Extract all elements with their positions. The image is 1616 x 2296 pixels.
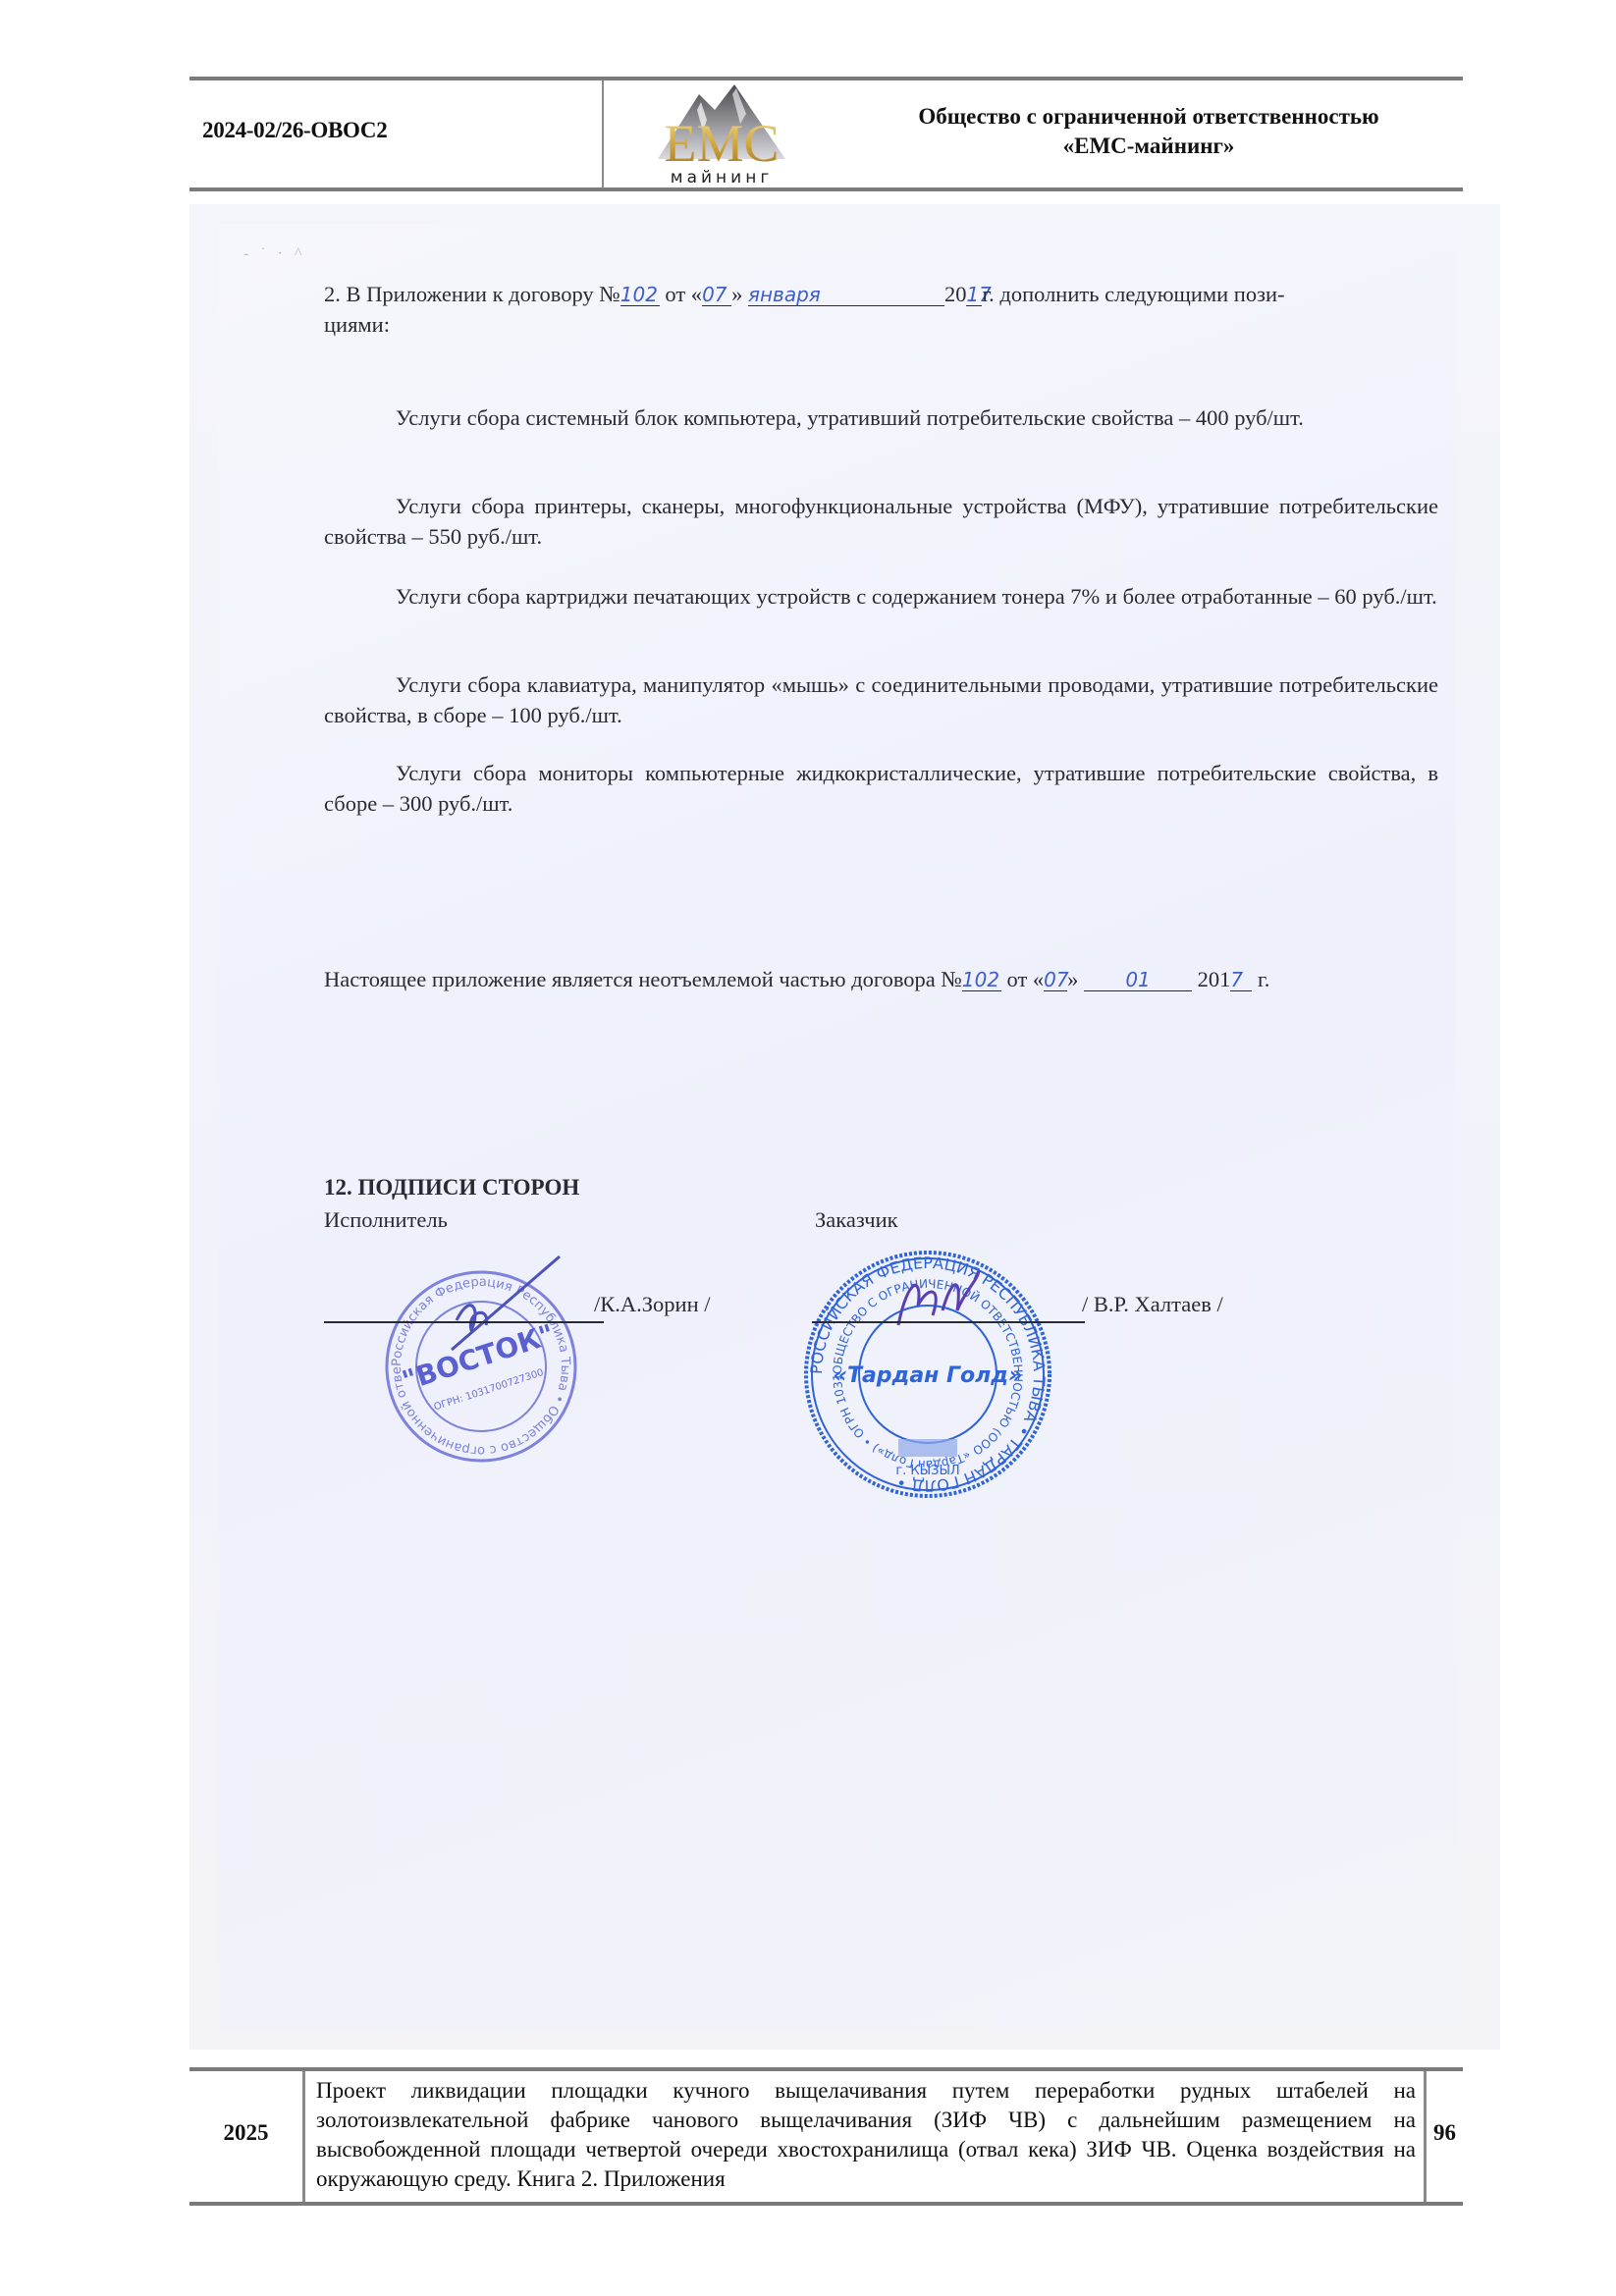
mountain-logo-icon: ЕМС майнинг bbox=[638, 80, 805, 187]
header-divider bbox=[602, 80, 604, 187]
executor-name: /К.А.Зорин / bbox=[594, 1292, 711, 1317]
service-item: Услуги сбора мониторы компьютерные жидко… bbox=[324, 758, 1438, 819]
svg-text:майнинг: майнинг bbox=[671, 168, 774, 187]
customer-signature-line bbox=[812, 1321, 1085, 1323]
organization-name: Общество с ограниченной ответственностью… bbox=[844, 102, 1453, 161]
scan-artifact: - ˙ · ^ bbox=[243, 245, 306, 263]
document-code: 2024-02/26-ОВОС2 bbox=[202, 118, 387, 143]
executor-signature-line bbox=[324, 1321, 604, 1323]
customer-name: / В.Р. Халтаев / bbox=[1082, 1292, 1223, 1317]
handwritten-month: января bbox=[748, 284, 944, 306]
svg-text:г. КЫЗЫЛ: г. КЫЗЫЛ bbox=[895, 1464, 959, 1478]
signatures-section-title: 12. ПОДПИСИ СТОРОН bbox=[324, 1175, 579, 1201]
handwritten-month: 01 bbox=[1084, 969, 1192, 991]
footer-divider bbox=[302, 2071, 305, 2202]
handwritten-year: 7 bbox=[1230, 969, 1252, 991]
footer-year: 2025 bbox=[189, 2120, 302, 2146]
handwritten-day: 07 bbox=[1044, 969, 1067, 991]
footer-project-title: Проект ликвидации площадки кучного выщел… bbox=[316, 2076, 1416, 2194]
footer-top-rule bbox=[189, 2067, 1463, 2071]
closing-statement: Настоящее приложение является неотъемлем… bbox=[324, 964, 1438, 994]
service-item: Услуги сбора принтеры, сканеры, многофун… bbox=[324, 491, 1438, 552]
organization-line-1: Общество с ограниченной ответственностью bbox=[844, 102, 1453, 132]
header-top-rule bbox=[189, 77, 1463, 80]
handwritten-year: 17 bbox=[966, 284, 982, 306]
customer-signature-icon bbox=[889, 1266, 987, 1335]
organization-line-2: «ЕМС-майнинг» bbox=[844, 132, 1453, 161]
handwritten-contract-number: 102 bbox=[620, 284, 660, 306]
executor-signature-icon bbox=[442, 1252, 569, 1360]
company-logo: ЕМС майнинг bbox=[638, 80, 805, 187]
service-item: Услуги сбора клавиатура, манипулятор «мы… bbox=[324, 669, 1438, 730]
svg-text:«Тардан Голд»: «Тардан Голд» bbox=[834, 1363, 1023, 1388]
handwritten-day: 07 bbox=[702, 284, 731, 306]
scanned-page bbox=[189, 204, 1500, 2050]
customer-label: Заказчик bbox=[815, 1207, 898, 1233]
footer-bottom-rule bbox=[189, 2202, 1463, 2206]
service-item: Услуги сбора картриджи печатающих устрой… bbox=[324, 581, 1438, 612]
service-item: Услуги сбора системный блок компьютера, … bbox=[324, 402, 1438, 433]
executor-label: Исполнитель bbox=[324, 1207, 448, 1233]
header-bottom-rule bbox=[189, 187, 1463, 191]
intro-paragraph: 2. В Приложении к договору №102 от «07» … bbox=[324, 279, 1438, 340]
page-number: 96 bbox=[1427, 2120, 1463, 2146]
handwritten-contract-number: 102 bbox=[962, 969, 1001, 991]
svg-text:ЕМС: ЕМС bbox=[664, 114, 779, 173]
